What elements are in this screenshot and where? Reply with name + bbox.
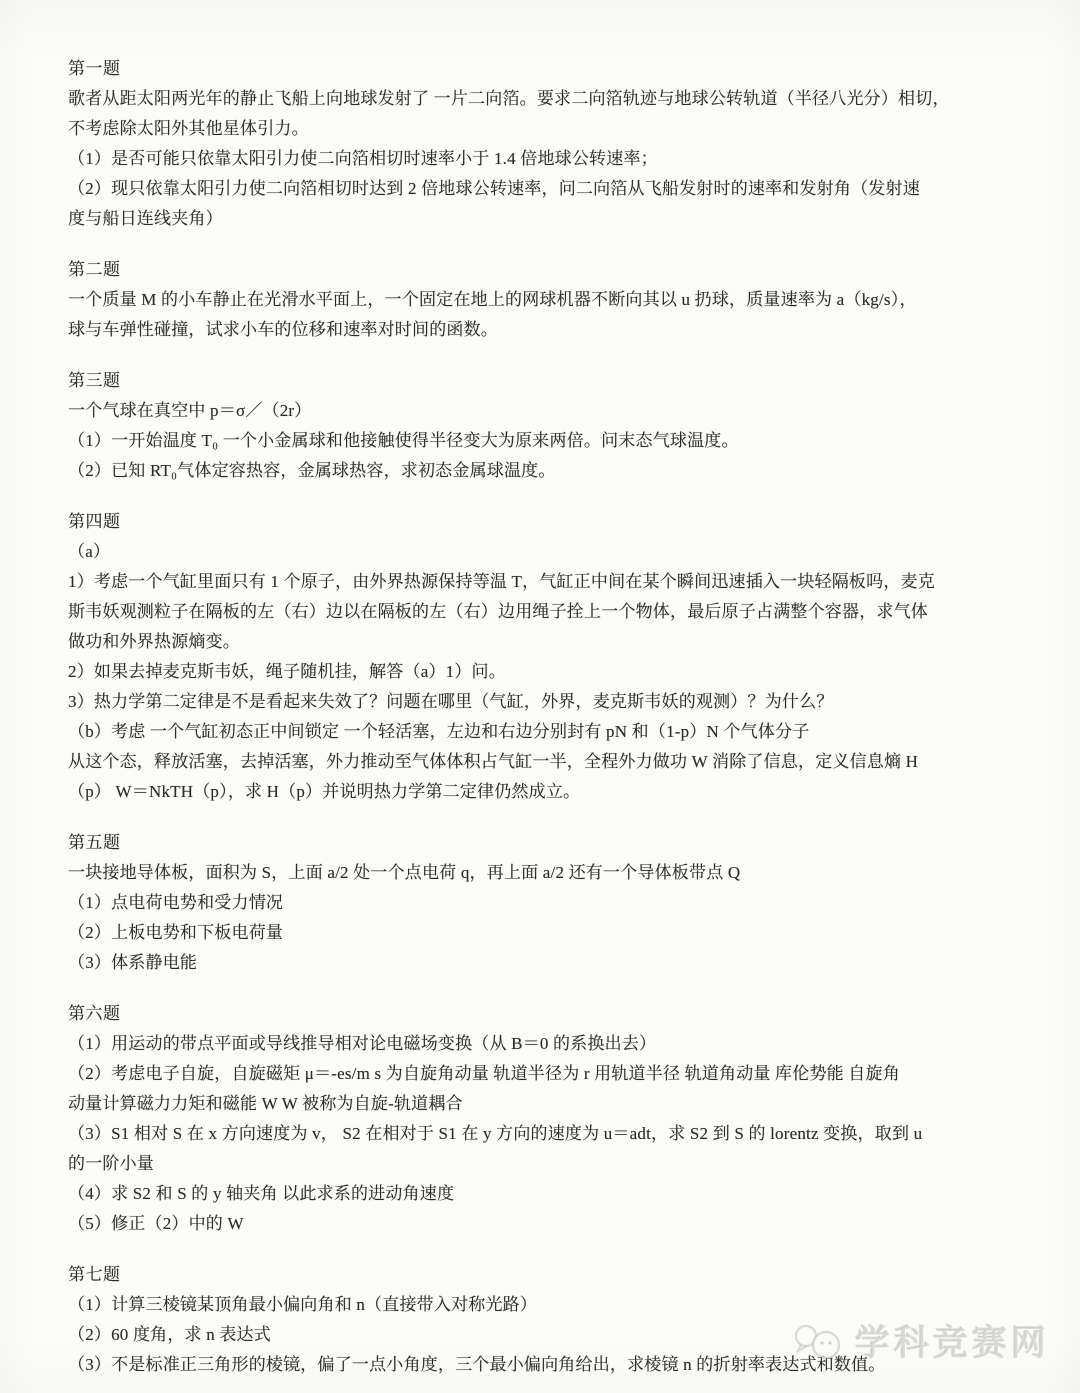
problem-line: 一块接地导体板，面积为 S，上面 a/2 处一个点电荷 q，再上面 a/2 还有…: [68, 858, 1042, 888]
problem-line: 3）热力学第二定律是不是看起来失效了？问题在哪里（气缸，外界，麦克斯韦妖的观测）…: [68, 687, 1042, 717]
problem-line: （2）考虑电子自旋，自旋磁矩 μ＝-es/m s 为自旋角动量 轨道半径为 r …: [68, 1059, 1042, 1089]
problem-title: 第五题: [68, 828, 1042, 858]
problem-title: 第七题: [68, 1260, 1042, 1290]
problem-title: 第三题: [68, 366, 1042, 396]
problem-block: 第四题（a）1）考虑一个气缸里面只有 1 个原子，由外界热源保持等温 T，气缸正…: [68, 507, 1042, 807]
problem-line: （3）S1 相对 S 在 x 方向速度为 v， S2 在相对于 S1 在 y 方…: [68, 1119, 1042, 1149]
problem-line: （3）不是标准正三角形的棱镜，偏了一点小角度，三个最小偏向角给出，求棱镜 n 的…: [68, 1350, 1042, 1380]
problem-line: 球与车弹性碰撞，试求小车的位移和速率对时间的函数。: [68, 315, 1042, 345]
problem-line: （b）考虑 一个气缸初态正中间锁定 一个轻活塞，左边和右边分别封有 pN 和（1…: [68, 717, 1042, 747]
problem-line: （1）是否可能只依靠太阳引力使二向箔相切时速率小于 1.4 倍地球公转速率；: [68, 144, 1042, 174]
problem-block: 第六题（1）用运动的带点平面或导线推导相对论电磁场变换（从 B＝0 的系换出去）…: [68, 999, 1042, 1239]
problem-line: （1）计算三棱镜某顶角最小偏向角和 n（直接带入对称光路）: [68, 1290, 1042, 1320]
problem-line: （p） W＝NkTH（p），求 H（p）并说明热力学第二定律仍然成立。: [68, 777, 1042, 807]
problem-line: （4）求 S2 和 S 的 y 轴夹角 以此求系的进动角速度: [68, 1179, 1042, 1209]
problem-block: 第三题一个气球在真空中 p＝σ／（2r）（1）一开始温度 T₀ 一个小金属球和他…: [68, 366, 1042, 486]
problem-block: 第七题（1）计算三棱镜某顶角最小偏向角和 n（直接带入对称光路）（2）60 度角…: [68, 1260, 1042, 1380]
problem-line: （2）已知 RT₀气体定容热容，金属球热容，求初态金属球温度。: [68, 456, 1042, 486]
problem-line: 2）如果去掉麦克斯韦妖，绳子随机挂，解答（a）1）问。: [68, 657, 1042, 687]
problem-line: （2）现只依靠太阳引力使二向箔相切时达到 2 倍地球公转速率，问二向箔从飞船发射…: [68, 174, 1042, 204]
problem-line: 1）考虑一个气缸里面只有 1 个原子，由外界热源保持等温 T，气缸正中间在某个瞬…: [68, 567, 1042, 597]
problem-line: 做功和外界热源熵变。: [68, 627, 1042, 657]
problem-line: 一个质量 M 的小车静止在光滑水平面上，一个固定在地上的网球机器不断向其以 u …: [68, 285, 1042, 315]
problem-line: 动量计算磁力力矩和磁能 W W 被称为自旋-轨道耦合: [68, 1089, 1042, 1119]
problem-line: （5）修正（2）中的 W: [68, 1209, 1042, 1239]
problem-title: 第二题: [68, 255, 1042, 285]
problem-line: （a）: [68, 537, 1042, 567]
problem-line: （3）体系静电能: [68, 948, 1042, 978]
problem-title: 第一题: [68, 54, 1042, 84]
problem-title: 第四题: [68, 507, 1042, 537]
problem-line: 不考虑除太阳外其他星体引力。: [68, 114, 1042, 144]
problem-line: 歌者从距太阳两光年的静止飞船上向地球发射了 一片二向箔。要求二向箔轨迹与地球公转…: [68, 84, 1042, 114]
problem-line: 的一阶小量: [68, 1149, 1042, 1179]
problem-block: 第二题一个质量 M 的小车静止在光滑水平面上，一个固定在地上的网球机器不断向其以…: [68, 255, 1042, 345]
problem-list: 第一题歌者从距太阳两光年的静止飞船上向地球发射了 一片二向箔。要求二向箔轨迹与地…: [68, 54, 1042, 1380]
problem-block: 第一题歌者从距太阳两光年的静止飞船上向地球发射了 一片二向箔。要求二向箔轨迹与地…: [68, 54, 1042, 234]
problem-line: 从这个态，释放活塞，去掉活塞，外力推动至气体体积占气缸一半，全程外力做功 W 消…: [68, 747, 1042, 777]
problem-title: 第六题: [68, 999, 1042, 1029]
problem-line: 斯韦妖观测粒子在隔板的左（右）边以在隔板的左（右）边用绳子拴上一个物体，最后原子…: [68, 597, 1042, 627]
problem-line: 一个气球在真空中 p＝σ／（2r）: [68, 396, 1042, 426]
problem-line: （2）60 度角，求 n 表达式: [68, 1320, 1042, 1350]
problem-line: （1）点电荷电势和受力情况: [68, 888, 1042, 918]
document-page: 第一题歌者从距太阳两光年的静止飞船上向地球发射了 一片二向箔。要求二向箔轨迹与地…: [0, 0, 1080, 1380]
problem-block: 第五题一块接地导体板，面积为 S，上面 a/2 处一个点电荷 q，再上面 a/2…: [68, 828, 1042, 978]
problem-line: 度与船日连线夹角）: [68, 204, 1042, 234]
problem-line: （1）一开始温度 T₀ 一个小金属球和他接触使得半径变大为原来两倍。问末态气球温…: [68, 426, 1042, 456]
problem-line: （2）上板电势和下板电荷量: [68, 918, 1042, 948]
problem-line: （1）用运动的带点平面或导线推导相对论电磁场变换（从 B＝0 的系换出去）: [68, 1029, 1042, 1059]
